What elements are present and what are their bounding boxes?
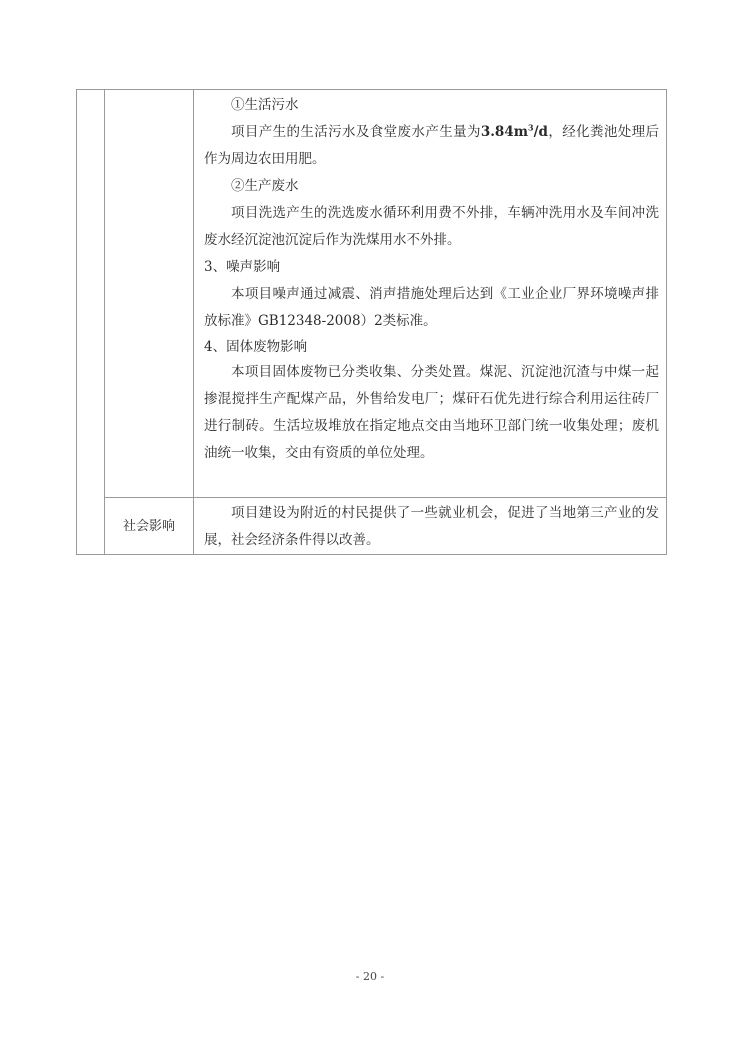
column-divider-2 — [193, 90, 194, 554]
paragraph-noise-impact: 本项目噪声通过减震、消声措施处理后达到《工业企业厂界环境噪声排放标准》GB123… — [204, 281, 659, 335]
paragraph-domestic-sewage: 项目产生的生活污水及食堂废水产生量为3.84m3/d，经化粪池处理后作为周边农田… — [204, 119, 659, 173]
paragraph-social-impact: 项目建设为附近的村民提供了一些就业机会，促进了当地第三产业的发展，社会经济条件得… — [204, 500, 659, 554]
heading-noise-impact: 3、噪声影响 — [204, 254, 659, 281]
column-divider-1 — [104, 90, 105, 554]
social-impact-label: 社会影响 — [105, 498, 193, 555]
paragraph-production-wastewater: 项目洗选产生的洗选废水循环利用费不外排，车辆冲洗用水及车间冲洗废水经沉淀池沉淀后… — [204, 200, 659, 254]
impact-table: ①生活污水 项目产生的生活污水及食堂废水产生量为3.84m3/d，经化粪池处理后… — [76, 89, 667, 555]
paragraph-solid-waste-impact: 本项目固体废物已分类收集、分类处置。煤泥、沉淀池沉渣与中煤一起掺混搅拌生产配煤产… — [204, 359, 659, 467]
subheading-production-wastewater: ②生产废水 — [204, 173, 659, 200]
subheading-domestic-sewage: ①生活污水 — [204, 92, 659, 119]
environmental-impact-content: ①生活污水 项目产生的生活污水及食堂废水产生量为3.84m3/d，经化粪池处理后… — [204, 92, 659, 467]
page-number: - 20 - — [0, 970, 740, 983]
heading-solid-waste-impact: 4、固体废物影响 — [204, 335, 659, 359]
social-impact-content: 项目建设为附近的村民提供了一些就业机会，促进了当地第三产业的发展，社会经济条件得… — [204, 500, 659, 554]
